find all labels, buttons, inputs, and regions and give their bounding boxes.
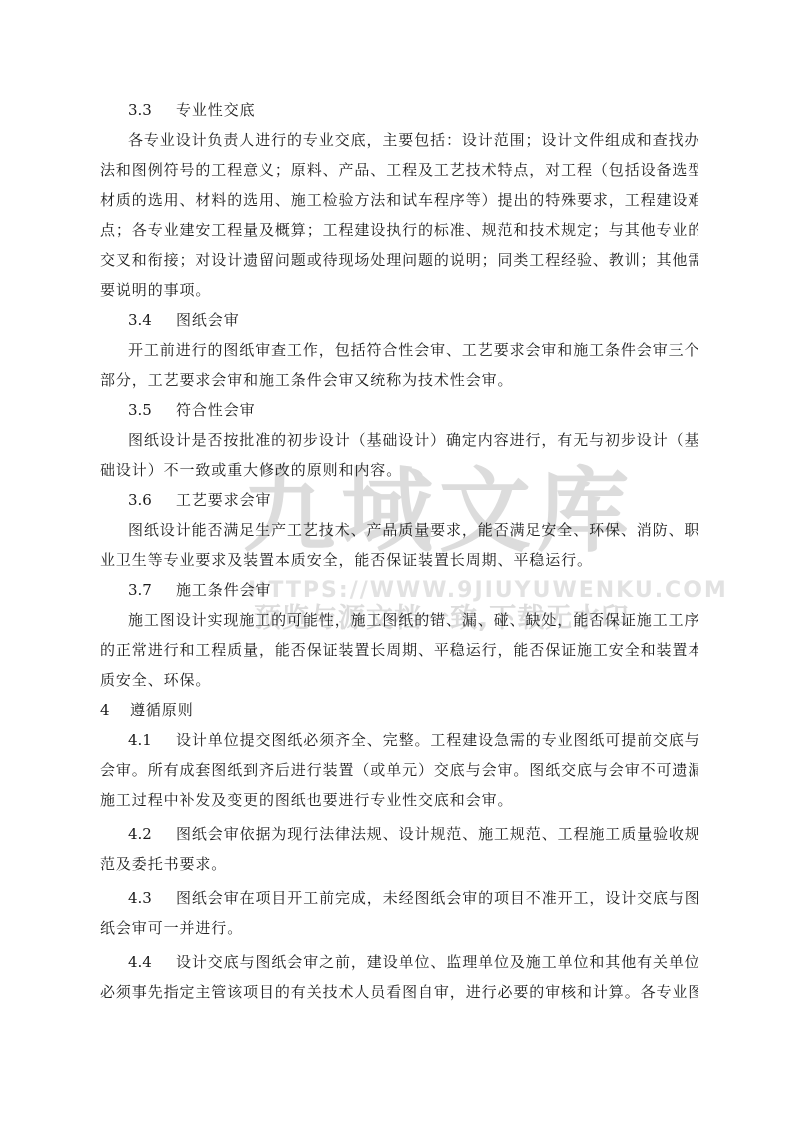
clause-number: 4.2	[128, 819, 176, 849]
clause-number: 4.3	[128, 883, 176, 913]
section-title: 施工条件会审	[176, 581, 271, 599]
section-heading-4: 4遵循原则	[100, 695, 698, 725]
paragraph-line: 纸会审可一并进行。	[100, 913, 698, 943]
section-number: 3.3	[128, 95, 176, 125]
paragraph-line: 范及委托书要求。	[100, 849, 698, 879]
paragraph-line: 质安全、环保。	[100, 665, 698, 695]
section-number: 3.7	[128, 575, 176, 605]
paragraph-4-1-line: 4.1设计单位提交图纸必须齐全、完整。工程建设急需的专业图纸可提前交底与	[100, 725, 698, 755]
paragraph-line: 图纸设计是否按批准的初步设计（基础设计）确定内容进行，有无与初步设计（基	[100, 425, 698, 455]
paragraph-line: 会审。所有成套图纸到齐后进行装置（或单元）交底与会审。图纸交底与会审不可遗漏，	[100, 755, 698, 785]
paragraph-line: 施工过程中补发及变更的图纸也要进行专业性交底和会审。	[100, 785, 698, 815]
clause-text: 设计单位提交图纸必须齐全、完整。工程建设急需的专业图纸可提前交底与	[176, 731, 698, 749]
paragraph-line: 开工前进行的图纸审查工作，包括符合性会审、工艺要求会审和施工条件会审三个	[100, 335, 698, 365]
paragraph-line: 的正常进行和工程质量，能否保证装置长周期、平稳运行，能否保证施工安全和装置本	[100, 635, 698, 665]
paragraph-line: 材质的选用、材料的选用、施工检验方法和试车程序等）提出的特殊要求，工程建设难	[100, 185, 698, 215]
section-title: 符合性会审	[176, 401, 256, 419]
paragraph-line: 图纸设计能否满足生产工艺技术、产品质量要求，能否满足安全、环保、消防、职	[100, 515, 698, 545]
section-heading-3-6: 3.6工艺要求会审	[100, 485, 698, 515]
section-number: 4	[100, 695, 130, 725]
paragraph-line: 交叉和衔接；对设计遗留问题或待现场处理问题的说明；同类工程经验、教训；其他需	[100, 245, 698, 275]
clause-number: 4.1	[128, 725, 176, 755]
paragraph-line: 法和图例符号的工程意义；原料、产品、工程及工艺技术特点，对工程（包括设备选型、	[100, 155, 698, 185]
document-page: 九域文库 HTTPS://WWW.9JIUYUWENKU.COM 预览与源文档一…	[0, 0, 793, 1122]
clause-text: 图纸会审在项目开工前完成，未经图纸会审的项目不准开工，设计交底与图	[176, 889, 698, 907]
section-title: 专业性交底	[176, 101, 256, 119]
paragraph-line: 各专业设计负责人进行的专业交底，主要包括：设计范围；设计文件组成和查找办	[100, 125, 698, 155]
section-number: 3.6	[128, 485, 176, 515]
section-heading-3-5: 3.5符合性会审	[100, 395, 698, 425]
document-body: 3.3专业性交底 各专业设计负责人进行的专业交底，主要包括：设计范围；设计文件组…	[100, 95, 698, 1007]
paragraph-line: 点；各专业建安工程量及概算；工程建设执行的标准、规范和技术规定；与其他专业的	[100, 215, 698, 245]
paragraph-line: 业卫生等专业要求及装置本质安全，能否保证装置长周期、平稳运行。	[100, 545, 698, 575]
paragraph-line: 要说明的事项。	[100, 275, 698, 305]
paragraph-line: 施工图设计实现施工的可能性，施工图纸的错、漏、碰、缺处，能否保证施工工序	[100, 605, 698, 635]
section-heading-3-7: 3.7施工条件会审	[100, 575, 698, 605]
section-title: 工艺要求会审	[176, 491, 271, 509]
section-title: 图纸会审	[176, 311, 240, 329]
section-number: 3.5	[128, 395, 176, 425]
section-number: 3.4	[128, 305, 176, 335]
paragraph-line: 必须事先指定主管该项目的有关技术人员看图自审，进行必要的审核和计算。各专业图	[100, 977, 698, 1007]
paragraph-4-2-line: 4.2图纸会审依据为现行法律法规、设计规范、施工规范、工程施工质量验收规	[100, 819, 698, 849]
section-heading-3-4: 3.4图纸会审	[100, 305, 698, 335]
paragraph-4-4-line: 4.4设计交底与图纸会审之前，建设单位、监理单位及施工单位和其他有关单位	[100, 947, 698, 977]
paragraph-line: 础设计）不一致或重大修改的原则和内容。	[100, 455, 698, 485]
clause-text: 图纸会审依据为现行法律法规、设计规范、施工规范、工程施工质量验收规	[176, 825, 698, 843]
section-title: 遵循原则	[130, 701, 194, 719]
section-heading-3-3: 3.3专业性交底	[100, 95, 698, 125]
clause-number: 4.4	[128, 947, 176, 977]
paragraph-line: 部分，工艺要求会审和施工条件会审又统称为技术性会审。	[100, 365, 698, 395]
paragraph-4-3-line: 4.3图纸会审在项目开工前完成，未经图纸会审的项目不准开工，设计交底与图	[100, 883, 698, 913]
clause-text: 设计交底与图纸会审之前，建设单位、监理单位及施工单位和其他有关单位	[176, 953, 698, 971]
